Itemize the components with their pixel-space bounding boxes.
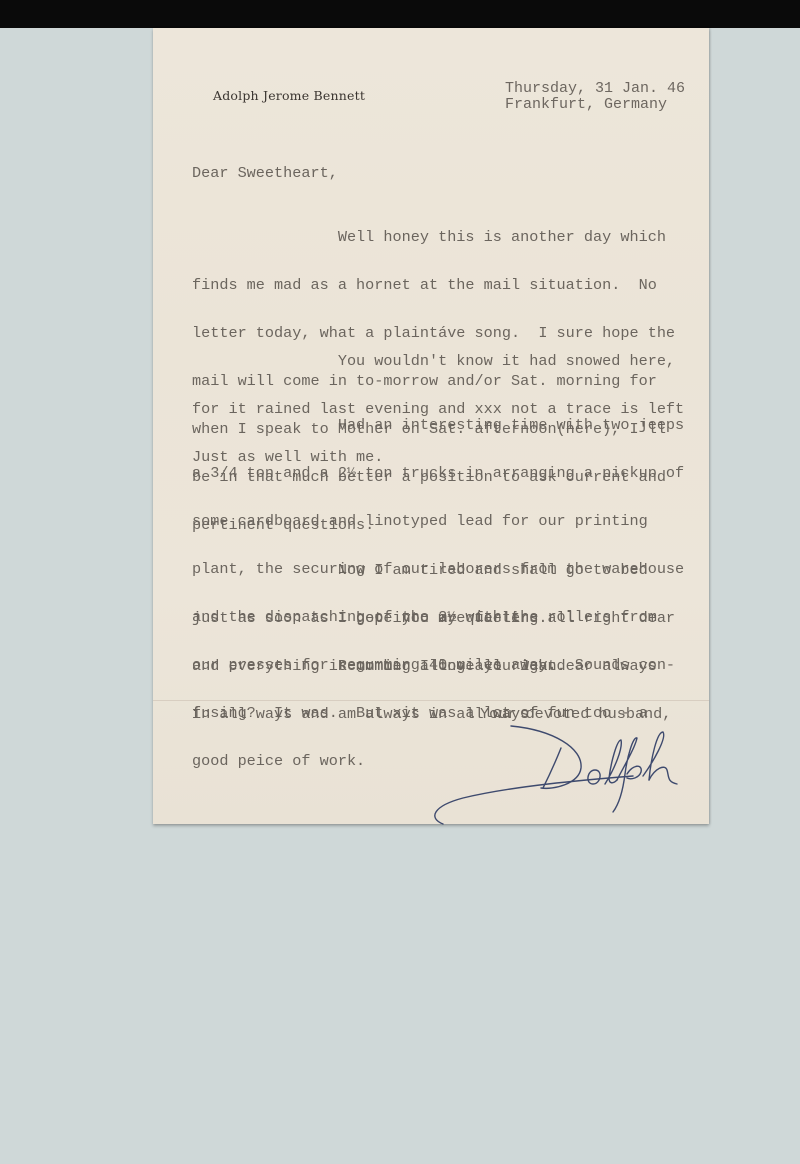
- date-location-block: Thursday, 31 Jan. 46Frankfurt, Germany: [505, 81, 685, 113]
- letterhead-name: Adolph Jerome Bennett: [213, 88, 365, 103]
- text-line: finds me mad as a hornet at the mail sit…: [192, 277, 675, 293]
- salutation: Dear Sweetheart,: [192, 165, 338, 181]
- text-line: Had an interesting time with two jeeps: [192, 417, 684, 433]
- text-line: You wouldn't know it had snowed here,: [192, 353, 684, 369]
- text-line: Remmmber I love you Jeandear always: [192, 658, 657, 674]
- text-line: a 3/4 ton and a 2½ ton trucks in arrangi…: [192, 465, 684, 481]
- location-line: Frankfurt, Germany: [505, 97, 685, 113]
- handwritten-signature-icon: [423, 718, 713, 828]
- scanner-top-band: [0, 0, 800, 28]
- date-line: Thursday, 31 Jan. 46: [505, 81, 685, 97]
- text-line: I hope you are feeling all right dear: [192, 610, 675, 626]
- letter-page: Adolph Jerome Bennett Thursday, 31 Jan. …: [153, 28, 709, 824]
- text-line: Now I am tired and shall go to bed: [192, 562, 648, 578]
- text-line: Well honey this is another day which: [192, 229, 675, 245]
- text-line: some cardboard and linotyped lead for ou…: [192, 513, 684, 529]
